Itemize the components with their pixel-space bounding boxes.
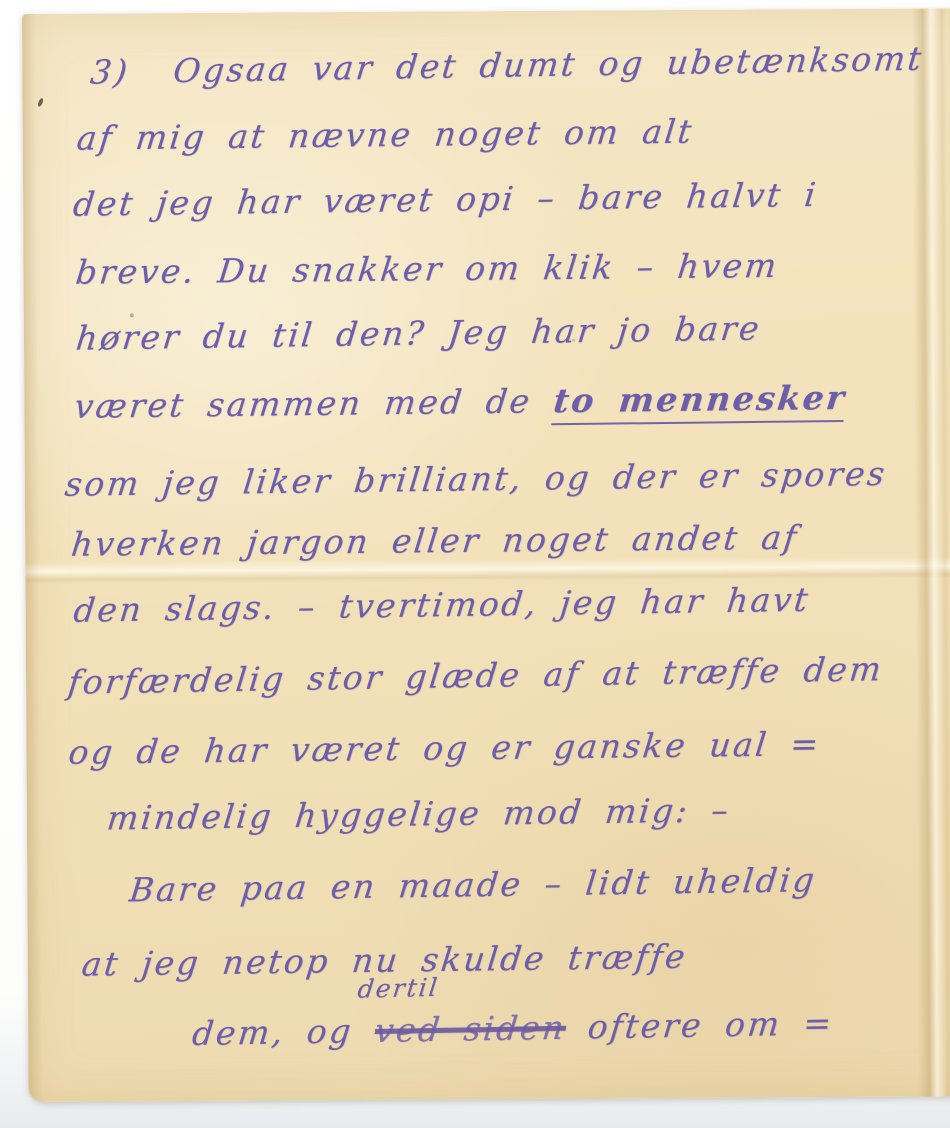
handwritten-line-3: det jeg har været opi – bare halvt i xyxy=(71,176,819,224)
handwritten-line-11: og de har været og er ganske ual = xyxy=(67,725,823,771)
handwritten-line-2: af mig at nævne noget om alt xyxy=(75,113,696,158)
struck-through-phrase: ved siden xyxy=(373,1008,568,1050)
handwritten-line-13: Bare paa en maade – lidt uheldig xyxy=(127,861,818,909)
line-text: Bare paa en maade – lidt uheldig xyxy=(127,860,818,909)
handwritten-line-4: breve. Du snakker om klik – hvem xyxy=(74,247,781,292)
paper-speck xyxy=(130,313,134,317)
line-text: været sammen med de xyxy=(73,381,556,425)
line-text: det jeg har været opi – bare halvt i xyxy=(71,175,820,224)
handwritten-line-15: dem, og ved siden oftere om = xyxy=(190,1004,835,1053)
line-text: dem, og xyxy=(190,1011,377,1053)
line-text: Ogsaa var det dumt og ubetænksomt xyxy=(171,39,925,90)
line-text: den slags. – tvertimod, jeg har havt xyxy=(72,580,812,630)
letter-page: 3)Ogsaa var det dumt og ubetænksomt af m… xyxy=(22,8,950,1102)
handwritten-line-1: 3)Ogsaa var det dumt og ubetænksomt xyxy=(88,40,925,92)
line-text: hører du til den? Jeg har jo bare xyxy=(74,309,763,358)
handwritten-line-9: den slags. – tvertimod, jeg har havt xyxy=(72,581,812,630)
underlined-phrase: to mennesker xyxy=(551,378,849,425)
handwritten-line-12: mindelig hyggelige mod mig: – xyxy=(105,791,732,837)
inserted-correction-word: dertil xyxy=(356,975,440,1002)
handwritten-line-7: som jeg liker brilliant, og der er spore… xyxy=(63,455,889,504)
line-text: af mig at nævne noget om alt xyxy=(75,112,696,158)
line-text: hverken jargon eller noget andet af xyxy=(69,518,800,564)
line-text: oftere om = xyxy=(564,1003,836,1046)
line-text: forfærdelig stor glæde af at træffe dem xyxy=(66,649,885,702)
line-text: som jeg liker brilliant, og der er spore… xyxy=(63,454,889,504)
page-number-marker: 3) xyxy=(88,53,131,92)
handwritten-line-6: været sammen med de to mennesker xyxy=(73,379,849,426)
line-text: breve. Du snakker om klik – hvem xyxy=(74,246,781,292)
line-text: mindelig hyggelige mod mig: – xyxy=(105,790,733,837)
paper-left-edge-shadow xyxy=(22,14,43,1102)
vertical-fold-crease xyxy=(912,8,950,1096)
line-text: og de har været og er ganske ual = xyxy=(67,724,823,772)
paper-speck xyxy=(37,97,44,107)
handwritten-line-10: forfærdelig stor glæde af at træffe dem xyxy=(66,650,885,701)
handwritten-line-8: hverken jargon eller noget andet af xyxy=(69,519,800,564)
handwritten-line-5: hører du til den? Jeg har jo bare xyxy=(74,310,763,358)
